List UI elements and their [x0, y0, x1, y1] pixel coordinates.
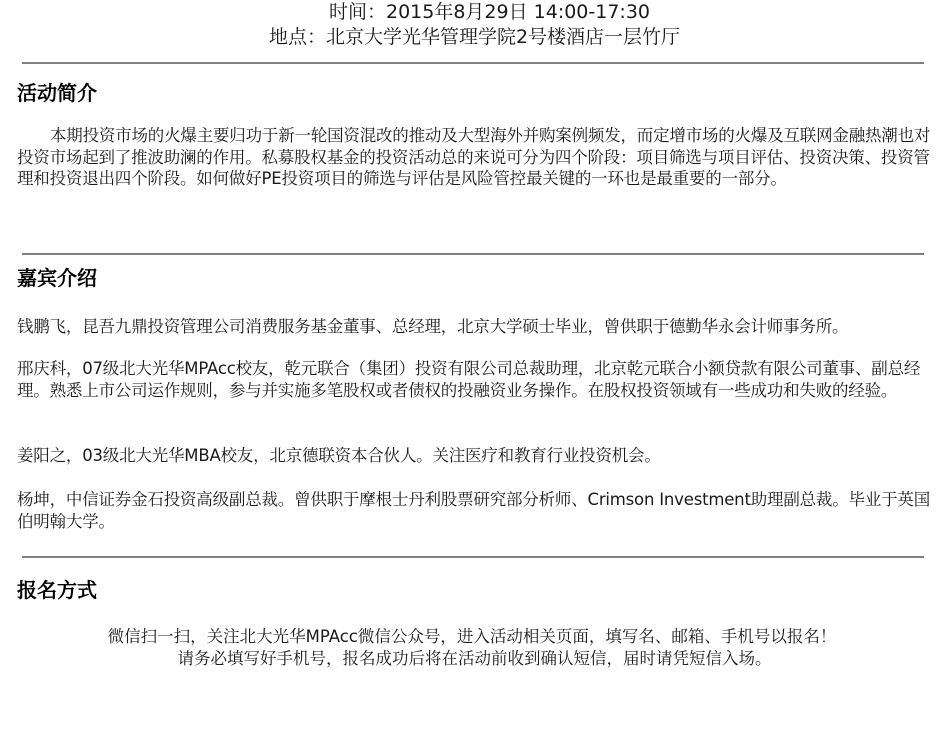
section-divider	[22, 556, 924, 558]
signup-line-1: 微信扫一扫，关注北大光华MPAcc微信公众号，进入活动相关页面，填写名、邮箱、手…	[0, 626, 949, 648]
section-divider	[22, 253, 924, 255]
guest-bio-jiang-yangzhi: 姜阳之，03级北大光华MBA校友，北京德联资本合伙人。关注医疗和教育行业投资机会…	[17, 445, 937, 467]
event-time: 时间：2015年8月29日 14:00-17:30	[30, 0, 949, 25]
event-location: 地点：北京大学光华管理学院2号楼酒店一层竹厅	[0, 25, 949, 50]
event-header: 时间：2015年8月29日 14:00-17:30 地点：北京大学光华管理学院2…	[0, 0, 949, 50]
section-title-guests: 嘉宾介绍	[17, 266, 97, 290]
intro-paragraph: 本期投资市场的火爆主要归功于新一轮国资混改的推动及大型海外并购案例频发，而定增市…	[17, 125, 937, 190]
guest-bio-xing-qingke: 邢庆科，07级北大光华MPAcc校友，乾元联合（集团）投资有限公司总裁助理，北京…	[17, 358, 937, 401]
section-title-intro: 活动简介	[17, 81, 97, 105]
section-divider	[22, 62, 924, 64]
signup-instructions: 微信扫一扫，关注北大光华MPAcc微信公众号，进入活动相关页面，填写名、邮箱、手…	[0, 626, 949, 670]
guest-bio-qian-pengfei: 钱鹏飞，昆吾九鼎投资管理公司消费服务基金董事、总经理，北京大学硕士毕业，曾供职于…	[17, 316, 937, 338]
guest-bio-yang-kun: 杨坤，中信证券金石投资高级副总裁。曾供职于摩根士丹利股票研究部分析师、Crims…	[17, 489, 937, 532]
signup-line-2: 请务必填写好手机号，报名成功后将在活动前收到确认短信，届时请凭短信入场。	[0, 648, 949, 670]
section-title-signup: 报名方式	[17, 578, 97, 602]
